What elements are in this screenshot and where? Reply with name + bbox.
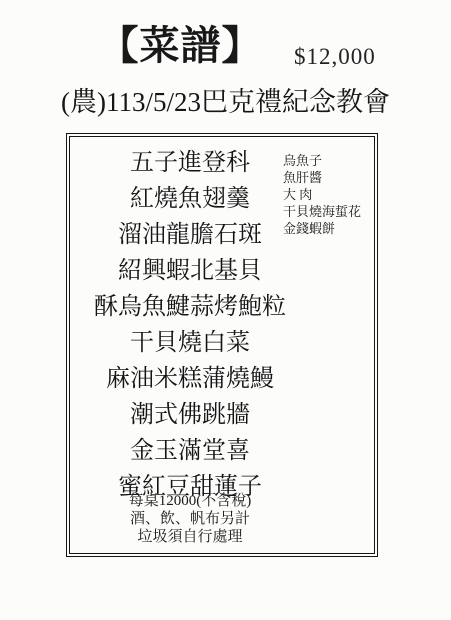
dish-list: 五子進登科紅燒魚翅羹溜油龍膽石斑紹興蝦北基貝酥烏魚鰎蒜烤鮑粒干貝燒白菜麻油米糕蒲… bbox=[70, 145, 310, 505]
note-line: 垃圾須自行處理 bbox=[70, 528, 310, 546]
menu-page: 【菜譜】 $12,000 (農)113/5/23巴克禮紀念教會 五子進登科紅燒魚… bbox=[0, 0, 451, 620]
side-item: 大 肉 bbox=[283, 186, 378, 203]
dish-item: 酥烏魚鰎蒜烤鮑粒 bbox=[70, 289, 310, 325]
price-label: $12,000 bbox=[294, 44, 376, 70]
side-item: 魚肝醬 bbox=[283, 169, 378, 186]
side-item: 烏魚子 bbox=[283, 152, 378, 169]
dish-item: 金玉滿堂喜 bbox=[70, 433, 310, 469]
side-item: 干貝燒海蜇花 bbox=[283, 203, 378, 220]
side-item-list: 烏魚子魚肝醬大 肉干貝燒海蜇花金錢蝦餅 bbox=[283, 152, 378, 237]
note-line: 酒、飲、帆布另計 bbox=[70, 510, 310, 528]
dish-item: 五子進登科 bbox=[70, 145, 310, 181]
side-item: 金錢蝦餅 bbox=[283, 220, 378, 237]
event-subtitle: (農)113/5/23巴克禮紀念教會 bbox=[0, 80, 451, 119]
note-line: 每桌12000(不含稅) bbox=[70, 492, 310, 510]
notes: 每桌12000(不含稅)酒、飲、帆布另計垃圾須自行處理 bbox=[70, 492, 310, 546]
dish-item: 干貝燒白菜 bbox=[70, 325, 310, 361]
dish-item: 紅燒魚翅羹 bbox=[70, 181, 310, 217]
page-title: 【菜譜】 bbox=[68, 14, 293, 71]
dish-item: 潮式佛跳牆 bbox=[70, 397, 310, 433]
menu-box: 五子進登科紅燒魚翅羹溜油龍膽石斑紹興蝦北基貝酥烏魚鰎蒜烤鮑粒干貝燒白菜麻油米糕蒲… bbox=[66, 133, 378, 557]
dish-item: 麻油米糕蒲燒鰻 bbox=[70, 361, 310, 397]
dish-item: 溜油龍膽石斑 bbox=[70, 217, 310, 253]
dish-item: 紹興蝦北基貝 bbox=[70, 253, 310, 289]
